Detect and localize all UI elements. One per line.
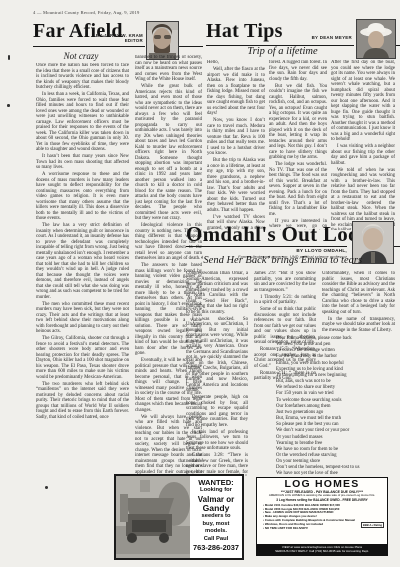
kram-portrait-icon [147, 22, 178, 59]
wanted-ad-text: WANTED:Looking forValmar orGandyseeders … [190, 476, 242, 558]
text-line: Unfortunately, when it comes to public i… [322, 271, 395, 315]
meyer-portrait-icon [357, 20, 395, 58]
seeder-photo [116, 476, 190, 558]
text-line: In less than a week, in California, Texa… [36, 92, 129, 153]
text-line: Congresswoman Ilhan Omar, a Somali-Ameri… [186, 271, 248, 315]
text-line: After the first day on the boat, you cou… [331, 60, 395, 143]
log-homes-footer: VIEW at www.americanloghomes.com Click o… [257, 544, 387, 555]
log-homes-sub3: 3 Log Homes selling for BALANCE OWED - F… [257, 498, 387, 502]
text-line: Galatians 3:28: “There is neither Jew no… [186, 453, 248, 476]
text-line: Call Paul [190, 536, 242, 544]
log-homes-title: LOG HOMES [257, 479, 387, 490]
newspaper-page: 4 — Mountrail County Record, Friday, Aug… [0, 0, 400, 567]
text-line: But the trip to Alaska was a once in a l… [207, 158, 265, 213]
hat-tips-byline: BY DEAN MEYER [252, 35, 352, 40]
text-line: 763-286-2037 [190, 543, 242, 553]
far-afield-rule [33, 46, 145, 48]
omdahl-column-1: Congresswoman Ilhan Omar, a Somali-Ameri… [186, 271, 248, 476]
scan-speck [7, 104, 10, 107]
text-line: I was visiting with a neighbor about our… [331, 144, 395, 166]
text-line: Now, you know I don’t care to travel muc… [207, 118, 265, 157]
text-line: 1 Timothy 5:21: do nothing in a spirit o… [254, 295, 316, 306]
text-line: buy, most [190, 521, 242, 529]
text-line: forest. A rugged rain forest. In five da… [269, 60, 327, 82]
text-line: Looking for [190, 487, 242, 495]
wanted-ad: WANTED:Looking forValmar orGandyseeders … [114, 474, 244, 560]
omdahl-subhead: ‘Send Her Back’ brings Emma to tears [196, 255, 366, 266]
seeder-equipment-icon [116, 476, 190, 554]
text-line: The two murderers who left behind sick “… [36, 382, 129, 421]
text-line: banished to the fringes of society, can … [135, 55, 202, 83]
text-line: I was shocked. So UnAmerican, so unChris… [186, 317, 248, 394]
far-afield-subhead: Not crazy [35, 51, 127, 61]
page-folio: 4 — Mountrail County Record, Friday, Aug… [33, 10, 139, 15]
text-line: James 2:9: “But if you show partiality, … [254, 271, 316, 293]
omdahl-rule [186, 246, 347, 248]
text-line: Hello, [207, 60, 265, 66]
text-line: But we did fish. You couldn’t imagine th… [269, 84, 327, 161]
text-line: In this land of professing Jesus followe… [186, 430, 248, 452]
log-homes-footer-line2: SERIOUS ONLY REPLY. Call (704) 602-3035 … [259, 549, 385, 553]
text-line: While the great bulk of Americans reject… [135, 84, 202, 222]
text-line: models. [190, 528, 242, 536]
far-afield-rule-end [179, 46, 203, 47]
hat-tips-author-photo [356, 19, 396, 59]
text-line: Well, after the fiasco at the airport we… [207, 67, 265, 117]
text-line: The lodge was wonderful. No TV. That was… [269, 162, 327, 217]
scan-speck [8, 55, 10, 60]
text-line: Once more the nation has been forced to … [36, 63, 129, 91]
text-line: seeders to [190, 513, 242, 521]
text-line: Gandy [190, 504, 242, 514]
omdahl-headline: Omdahl's Out Look [186, 223, 371, 246]
hat-tips-subhead: Trip of a lifetime [215, 46, 350, 57]
text-line: A worrisome response to these and the do… [36, 172, 129, 222]
log-homes-ad: LOG HOMES ***JUST RELEASED - PAY BALANCE… [256, 477, 388, 556]
text-line: It hasn’t been that many years since New… [36, 154, 129, 171]
hat-tips-column-2: forest. A rugged rain forest. In five da… [269, 60, 327, 230]
hat-tips-column-3: After the first day on the boat, you cou… [331, 60, 395, 230]
text-line: The men who committed these most recent … [36, 302, 129, 335]
far-afield-byline-role: EDITOR [58, 38, 143, 43]
omdahl-column-3: Unfortunately, when it comes to public i… [322, 271, 395, 333]
text-line: WANTED: [190, 478, 242, 487]
text-line: Desperate people, high on hope, choked b… [186, 395, 248, 428]
text-line: The law has a very strict definition of … [36, 223, 129, 300]
bbb-rating-badge: BBB A+ Rating [361, 522, 384, 528]
text-line: The Gilroy, California, shooter cut thro… [36, 336, 129, 380]
omdahl-rule-end [394, 246, 400, 247]
hat-tips-column-1: Hello,Well, after the fiasco at the airp… [207, 60, 265, 230]
text-line: In the name of transparency, maybe we sh… [322, 317, 395, 334]
far-afield-byline: BY JERRY W. KRAM EDITOR [58, 33, 143, 44]
